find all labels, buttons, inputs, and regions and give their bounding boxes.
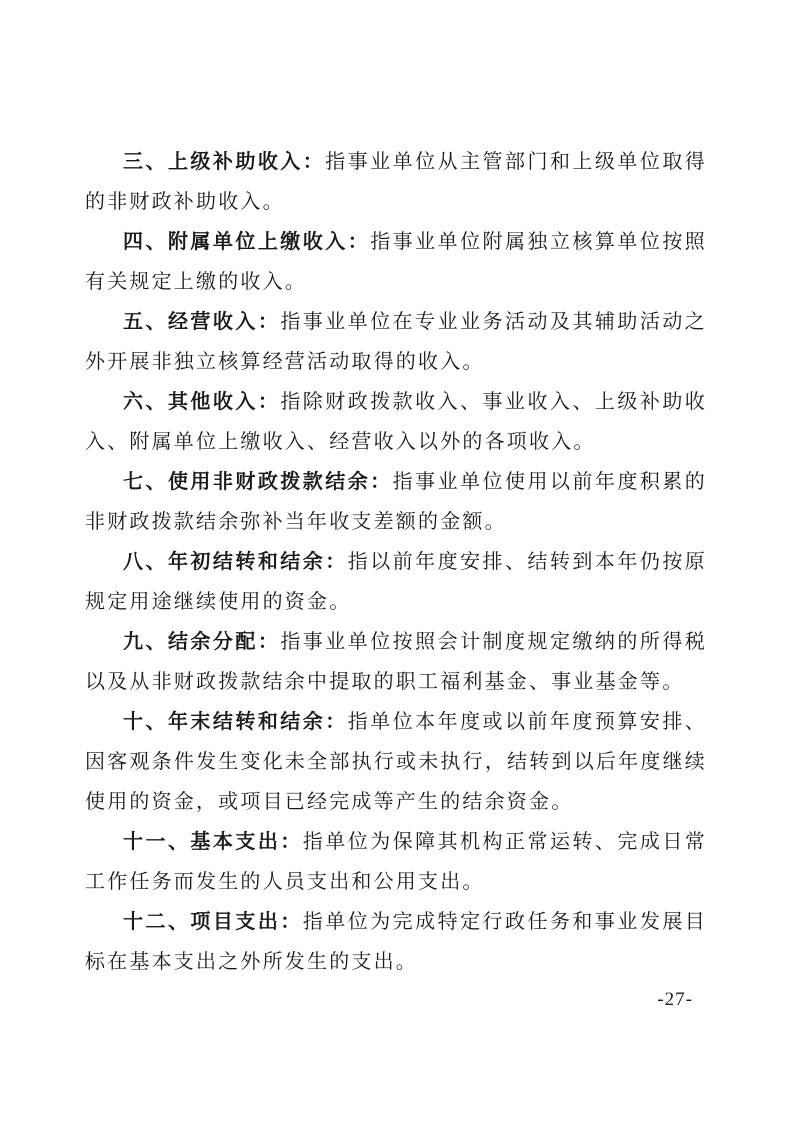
- term-heading: 六、其他收入：: [123, 391, 280, 413]
- term-heading: 十、年末结转和结余：: [123, 711, 348, 733]
- glossary-section: 三、上级补助收入：指事业单位从主管部门和上级单位取得的非财政补助收入。 四、附属…: [85, 142, 707, 982]
- term-heading: 七、使用非财政拨款结余：: [123, 471, 393, 493]
- term-heading: 三、上级补助收入：: [123, 151, 325, 173]
- glossary-paragraph: 五、经营收入：指事业单位在专业业务活动及其辅助活动之外开展非独立核算经营活动取得…: [85, 302, 707, 382]
- glossary-paragraph: 六、其他收入：指除财政拨款收入、事业收入、上级补助收入、附属单位上缴收入、经营收…: [85, 382, 707, 462]
- glossary-paragraph: 七、使用非财政拨款结余：指事业单位使用以前年度积累的非财政拨款结余弥补当年收支差…: [85, 462, 707, 542]
- glossary-paragraph: 十、年末结转和结余：指单位本年度或以前年度预算安排、因客观条件发生变化未全部执行…: [85, 702, 707, 822]
- term-heading: 十一、基本支出：: [123, 831, 303, 853]
- term-heading: 四、附属单位上缴收入：: [123, 231, 370, 253]
- term-heading: 八、年初结转和结余：: [123, 551, 348, 573]
- glossary-paragraph: 八、年初结转和结余：指以前年度安排、结转到本年仍按原规定用途继续使用的资金。: [85, 542, 707, 622]
- term-heading: 十二、项目支出：: [123, 911, 303, 933]
- glossary-paragraph: 十二、项目支出：指单位为完成特定行政任务和事业发展目标在基本支出之外所发生的支出…: [85, 902, 707, 982]
- document-page: 三、上级补助收入：指事业单位从主管部门和上级单位取得的非财政补助收入。 四、附属…: [0, 0, 793, 1122]
- page-number: -27-: [657, 988, 693, 1012]
- term-heading: 九、结余分配：: [123, 631, 280, 653]
- term-heading: 五、经营收入：: [123, 311, 280, 333]
- glossary-paragraph: 十一、基本支出：指单位为保障其机构正常运转、完成日常工作任务而发生的人员支出和公…: [85, 822, 707, 902]
- glossary-paragraph: 四、附属单位上缴收入：指事业单位附属独立核算单位按照有关规定上缴的收入。: [85, 222, 707, 302]
- glossary-paragraph: 九、结余分配：指事业单位按照会计制度规定缴纳的所得税以及从非财政拨款结余中提取的…: [85, 622, 707, 702]
- glossary-paragraph: 三、上级补助收入：指事业单位从主管部门和上级单位取得的非财政补助收入。: [85, 142, 707, 222]
